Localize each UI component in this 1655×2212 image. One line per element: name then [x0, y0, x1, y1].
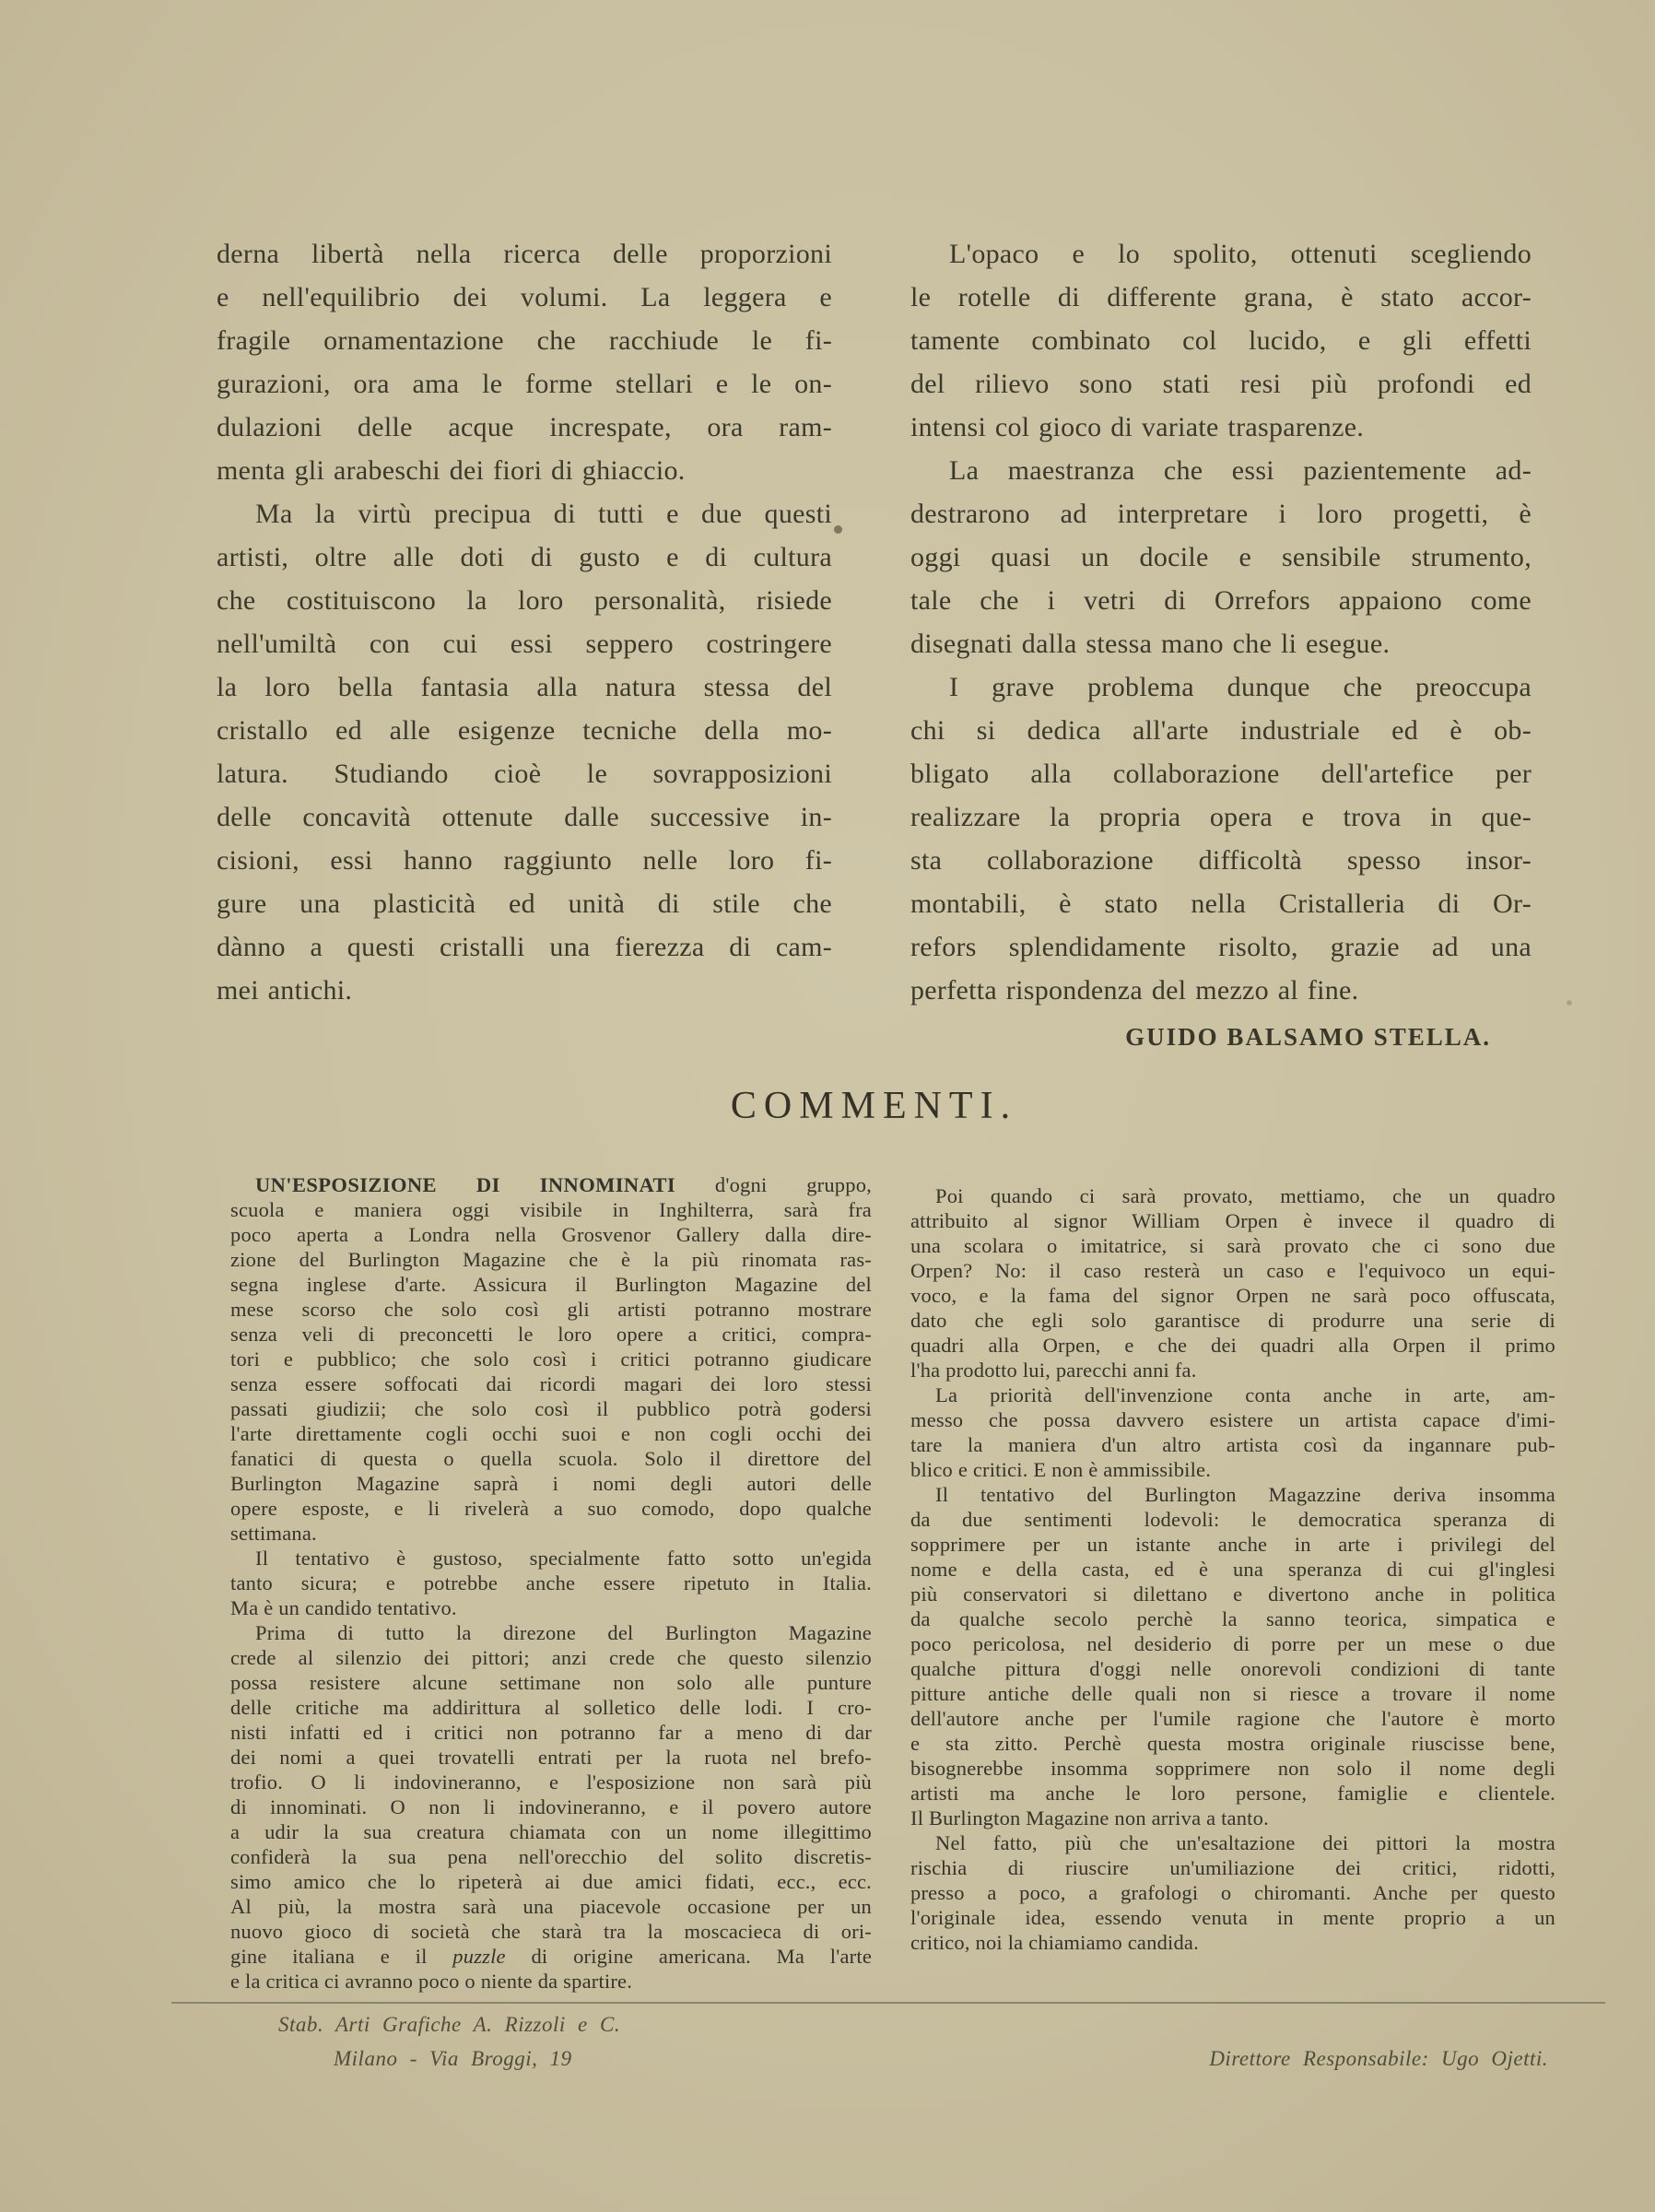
- text-line: Burlington Magazine saprà i nomi degli a…: [230, 1471, 872, 1496]
- text-line: più conservatori si dilettano e diverton…: [910, 1582, 1555, 1606]
- text-line: e nell'equilibrio dei volumi. La leggera…: [217, 276, 832, 319]
- text-line: trofio. O li indovineranno, e l'esposizi…: [230, 1770, 872, 1794]
- text-line: gine italiana e il puzzle di origine ame…: [230, 1944, 872, 1969]
- text-line: qualche pittura d'oggi nelle onorevoli c…: [910, 1656, 1555, 1681]
- text-line: nell'umiltà con cui essi seppero costrin…: [217, 622, 832, 665]
- text-line: rischia di riuscire un'umiliazione dei c…: [910, 1855, 1555, 1880]
- text-line: artisti ma anche le loro persone, famigl…: [910, 1781, 1555, 1806]
- text-line: poco pericolosa, nel desiderio di porre …: [910, 1631, 1555, 1656]
- text-line: blico e critici. E non è ammissibile.: [910, 1457, 1555, 1482]
- text-line: Il Burlington Magazine non arriva a tant…: [910, 1806, 1555, 1830]
- text-line: latura. Studiando cioè le sovrapposizion…: [217, 752, 832, 795]
- paragraph: derna libertà nella ricerca delle propor…: [217, 232, 832, 492]
- text-line: dato che egli solo garantisce di produrr…: [910, 1308, 1555, 1333]
- text-line: Prima di tutto la direzone del Burlingto…: [230, 1620, 872, 1645]
- text-line: nome e della casta, ed è una speranza di…: [910, 1557, 1555, 1582]
- text-line: sopprimere per un istante anche in arte …: [910, 1532, 1555, 1557]
- comments-column-left: UN'ESPOSIZIONE DI INNOMINATI d'ogni grup…: [230, 1172, 872, 1994]
- text-line: opere esposte, e li rivelerà a suo comod…: [230, 1496, 872, 1521]
- text-line: I grave problema dunque che preoccupa: [910, 665, 1532, 709]
- text-line: attribuito al signor William Orpen è inv…: [910, 1208, 1555, 1233]
- text-line: l'arte direttamente cogli occhi suoi e n…: [230, 1421, 872, 1446]
- text-line: refors splendidamente risolto, grazie ad…: [910, 925, 1532, 969]
- text-line: l'ha prodotto lui, parecchi anni fa.: [910, 1358, 1555, 1382]
- text-line: una scolara o imitatrice, si sarà provat…: [910, 1233, 1555, 1258]
- text-line: simo amico che lo ripeterà ai due amici …: [230, 1869, 872, 1894]
- text-line: l'originale idea, essendo venuta in ment…: [910, 1905, 1555, 1930]
- paragraph: Poi quando ci sarà provato, mettiamo, ch…: [910, 1183, 1555, 1382]
- text-line: cisioni, essi hanno raggiunto nelle loro…: [217, 839, 832, 882]
- text-line: tale che i vetri di Orrefors appaiono co…: [910, 579, 1532, 622]
- text-line: oggi quasi un docile e sensibile strumen…: [910, 535, 1532, 579]
- text-line: UN'ESPOSIZIONE DI INNOMINATI d'ogni grup…: [230, 1172, 872, 1197]
- text-line: sta collaborazione difficoltà spesso ins…: [910, 839, 1532, 882]
- text-line: menta gli arabeschi dei fiori di ghiacci…: [217, 449, 832, 492]
- paragraph: I grave problema dunque che preoccupachi…: [910, 665, 1532, 1012]
- text-line: che costituiscono la loro personalità, r…: [217, 579, 832, 622]
- author-signature: GUIDO BALSAMO STELLA.: [910, 1023, 1532, 1052]
- text-line: mese scorso che solo così gli artisti po…: [230, 1297, 872, 1322]
- text-line: tamente combinato col lucido, e gli effe…: [910, 319, 1532, 362]
- paragraph: Ma la virtù precipua di tutti e due ques…: [217, 492, 832, 1012]
- text-line: delle concavità ottenute dalle successiv…: [217, 795, 832, 839]
- paragraph: L'opaco e lo spolito, ottenuti scegliend…: [910, 232, 1532, 449]
- text-line: cristallo ed alle esigenze tecniche dell…: [217, 709, 832, 752]
- text-line: nuovo gioco di società che starà tra la …: [230, 1919, 872, 1944]
- text-line: Nel fatto, più che un'esaltazione dei pi…: [910, 1830, 1555, 1855]
- text-line: senza essere soffocati dai ricordi magar…: [230, 1371, 872, 1396]
- text-line: Al più, la mostra sarà una piacevole occ…: [230, 1894, 872, 1919]
- text-line: montabili, è stato nella Cristalleria di…: [910, 882, 1532, 925]
- text-line: dànno a questi cristalli una fierezza di…: [217, 925, 832, 969]
- paragraph: UN'ESPOSIZIONE DI INNOMINATI d'ogni grup…: [230, 1172, 872, 1546]
- text-line: L'opaco e lo spolito, ottenuti scegliend…: [910, 232, 1532, 276]
- text-line: messo che possa davvero esistere un arti…: [910, 1407, 1555, 1432]
- text-line: chi si dedica all'arte industriale ed è …: [910, 709, 1532, 752]
- text-line: derna libertà nella ricerca delle propor…: [217, 232, 832, 276]
- paragraph: Il tentativo è gustoso, specialmente fat…: [230, 1546, 872, 1620]
- text-line: di innominati. O non li indovineranno, e…: [230, 1794, 872, 1819]
- paragraph: Nel fatto, più che un'esaltazione dei pi…: [910, 1830, 1555, 1955]
- text-line: realizzare la propria opera e trova in q…: [910, 795, 1532, 839]
- paragraph: Prima di tutto la direzone del Burlingto…: [230, 1620, 872, 1994]
- text-line: Il tentativo del Burlington Magazzine de…: [910, 1482, 1555, 1507]
- scanned-page: { "page": { "heading": "COMMENTI.", "sig…: [0, 0, 1655, 2212]
- article-column-left: derna libertà nella ricerca delle propor…: [217, 232, 832, 1012]
- text-line: fragile ornamentazione che racchiude le …: [217, 319, 832, 362]
- text-line: settimana.: [230, 1521, 872, 1546]
- paragraph: La priorità dell'invenzione conta anche …: [910, 1382, 1555, 1482]
- text-line: mei antichi.: [217, 969, 832, 1012]
- text-line: e la critica ci avranno poco o niente da…: [230, 1969, 872, 1994]
- text-line: destrarono ad interpretare i loro proget…: [910, 492, 1532, 535]
- ink-speck: [1567, 1000, 1572, 1006]
- paragraph: La maestranza che essi pazientemente ad-…: [910, 449, 1532, 665]
- text-line: passati giudizii; che solo così il pubbl…: [230, 1396, 872, 1421]
- text-line: bligato alla collaborazione dell'artefic…: [910, 752, 1532, 795]
- text-line: e sta zitto. Perchè questa mostra origin…: [910, 1731, 1555, 1756]
- text-line: artisti, oltre alle doti di gusto e di c…: [217, 535, 832, 579]
- text-line: disegnati dalla stessa mano che li esegu…: [910, 622, 1532, 665]
- text-line: tare la maniera d'un altro artista così …: [910, 1432, 1555, 1457]
- text-line: gurazioni, ora ama le forme stellari e l…: [217, 362, 832, 406]
- text-line: scuola e maniera oggi visibile in Inghil…: [230, 1197, 872, 1222]
- text-line: critico, noi la chiamiamo candida.: [910, 1930, 1555, 1955]
- text-line: zione del Burlington Magazine che è la p…: [230, 1247, 872, 1272]
- comments-column-right: Poi quando ci sarà provato, mettiamo, ch…: [910, 1183, 1555, 1955]
- text-line: fanatici di questa o quella scuola. Solo…: [230, 1446, 872, 1471]
- text-line: quadri alla Orpen, e che dei quadri alla…: [910, 1333, 1555, 1358]
- text-line: Il tentativo è gustoso, specialmente fat…: [230, 1546, 872, 1571]
- text-line: Ma la virtù precipua di tutti e due ques…: [217, 492, 832, 535]
- text-line: delle critiche ma addirittura al solleti…: [230, 1695, 872, 1720]
- text-line: nisti infatti ed i critici non potranno …: [230, 1720, 872, 1745]
- text-line: Ma è un candido tentativo.: [230, 1595, 872, 1620]
- text-line: senza veli di preconcetti le loro opere …: [230, 1322, 872, 1347]
- text-line: segna inglese d'arte. Assicura il Burlin…: [230, 1272, 872, 1297]
- text-line: poco aperta a Londra nella Grosvenor Gal…: [230, 1222, 872, 1247]
- text-line: La maestranza che essi pazientemente ad-: [910, 449, 1532, 492]
- text-line: dell'autore anche per l'umile ragione ch…: [910, 1706, 1555, 1731]
- ink-speck: [834, 525, 842, 534]
- text-line: dulazioni delle acque increspate, ora ra…: [217, 406, 832, 449]
- text-line: voco, e la fama del signor Orpen ne sarà…: [910, 1283, 1555, 1308]
- text-line: pitture antiche delle quali non si riesc…: [910, 1681, 1555, 1706]
- text-line: Orpen? No: il caso resterà un caso e l'e…: [910, 1258, 1555, 1283]
- text-line: possa resistere alcune settimane non sol…: [230, 1670, 872, 1695]
- text-line: perfetta rispondenza del mezzo al fine.: [910, 969, 1532, 1012]
- article-column-right: L'opaco e lo spolito, ottenuti scegliend…: [910, 232, 1532, 1012]
- text-line: tanto sicura; e potrebbe anche essere ri…: [230, 1571, 872, 1595]
- printer-imprint-line1: Stab. Arti Grafiche A. Rizzoli e C.: [278, 2013, 620, 2037]
- text-line: bisognerebbe insomma sopprimere non solo…: [910, 1756, 1555, 1781]
- text-line: la loro bella fantasia alla natura stess…: [217, 665, 832, 709]
- text-line: confiderà la sua pena nell'orecchio del …: [230, 1844, 872, 1869]
- responsible-director-credit: Direttore Responsabile: Ugo Ojetti.: [910, 2047, 1548, 2071]
- text-line: del rilievo sono stati resi più profondi…: [910, 362, 1532, 406]
- paragraph: Il tentativo del Burlington Magazzine de…: [910, 1482, 1555, 1830]
- text-line: tori e pubblico; che solo così i critici…: [230, 1347, 872, 1371]
- text-line: intensi col gioco di variate trasparenze…: [910, 406, 1532, 449]
- text-line: gure una plasticità ed unità di stile ch…: [217, 882, 832, 925]
- text-line: crede al silenzio dei pittori; anzi cred…: [230, 1645, 872, 1670]
- text-line: da due sentimenti lodevoli: le democrati…: [910, 1507, 1555, 1532]
- section-heading: COMMENTI.: [217, 1084, 1532, 1128]
- text-line: le rotelle di differente grana, è stato …: [910, 276, 1532, 319]
- footer-divider: [171, 2002, 1605, 2004]
- text-line: presso a poco, a grafologi o chiromanti.…: [910, 1880, 1555, 1905]
- text-line: a udir la sua creatura chiamata con un n…: [230, 1819, 872, 1844]
- text-line: da qualche secolo perchè la sanno teoric…: [910, 1606, 1555, 1631]
- text-line: La priorità dell'invenzione conta anche …: [910, 1382, 1555, 1407]
- text-line: dei nomi a quei trovatelli entrati per l…: [230, 1745, 872, 1770]
- printer-imprint-line2: Milano - Via Broggi, 19: [334, 2047, 572, 2071]
- text-line: Poi quando ci sarà provato, mettiamo, ch…: [910, 1183, 1555, 1208]
